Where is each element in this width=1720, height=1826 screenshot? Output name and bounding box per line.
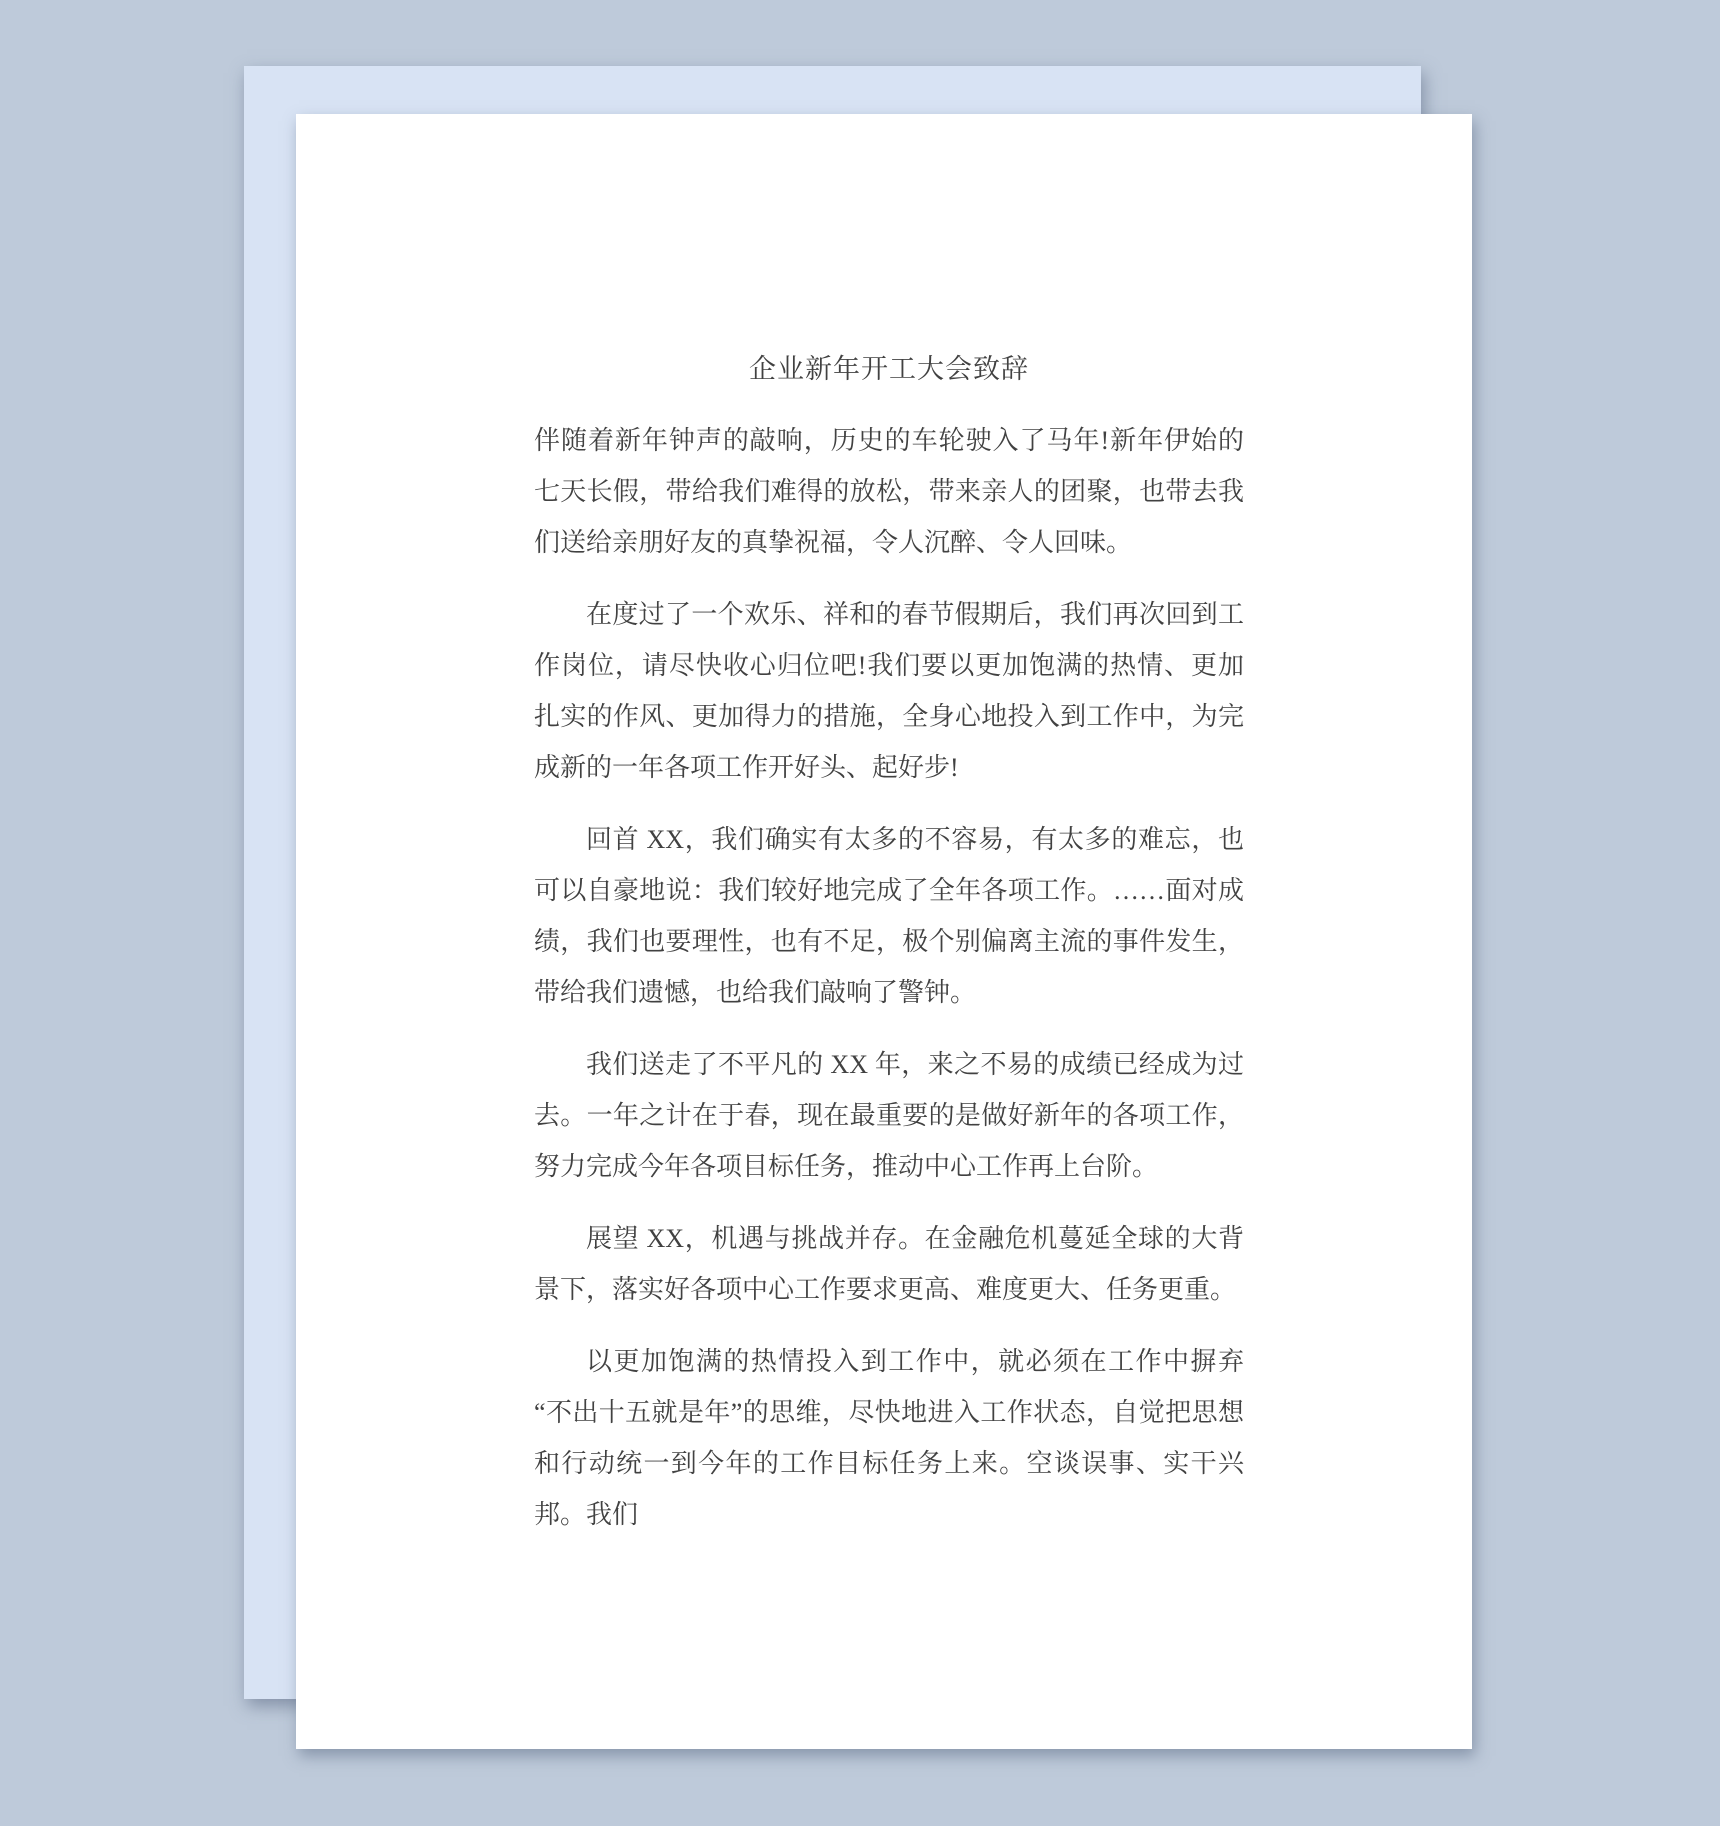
paragraph: 以更加饱满的热情投入到工作中，就必须在工作中摒弃“不出十五就是年”的思维，尽快地…: [534, 1336, 1244, 1540]
workspace-background: 企业新年开工大会致辞 伴随着新年钟声的敲响，历史的车轮驶入了马年!新年伊始的七天…: [0, 0, 1720, 1826]
paragraph: 我们送走了不平凡的 XX 年，来之不易的成绩已经成为过去。一年之计在于春，现在最…: [534, 1039, 1244, 1192]
paragraph: 在度过了一个欢乐、祥和的春节假期后，我们再次回到工作岗位，请尽快收心归位吧!我们…: [534, 589, 1244, 793]
paragraph: 回首 XX，我们确实有太多的不容易，有太多的难忘，也可以自豪地说：我们较好地完成…: [534, 814, 1244, 1018]
document-page: 企业新年开工大会致辞 伴随着新年钟声的敲响，历史的车轮驶入了马年!新年伊始的七天…: [296, 114, 1472, 1749]
paragraph: 展望 XX，机遇与挑战并存。在金融危机蔓延全球的大背景下，落实好各项中心工作要求…: [534, 1213, 1244, 1315]
document-title: 企业新年开工大会致辞: [534, 344, 1244, 395]
paragraph: 伴随着新年钟声的敲响，历史的车轮驶入了马年!新年伊始的七天长假，带给我们难得的放…: [534, 415, 1244, 568]
